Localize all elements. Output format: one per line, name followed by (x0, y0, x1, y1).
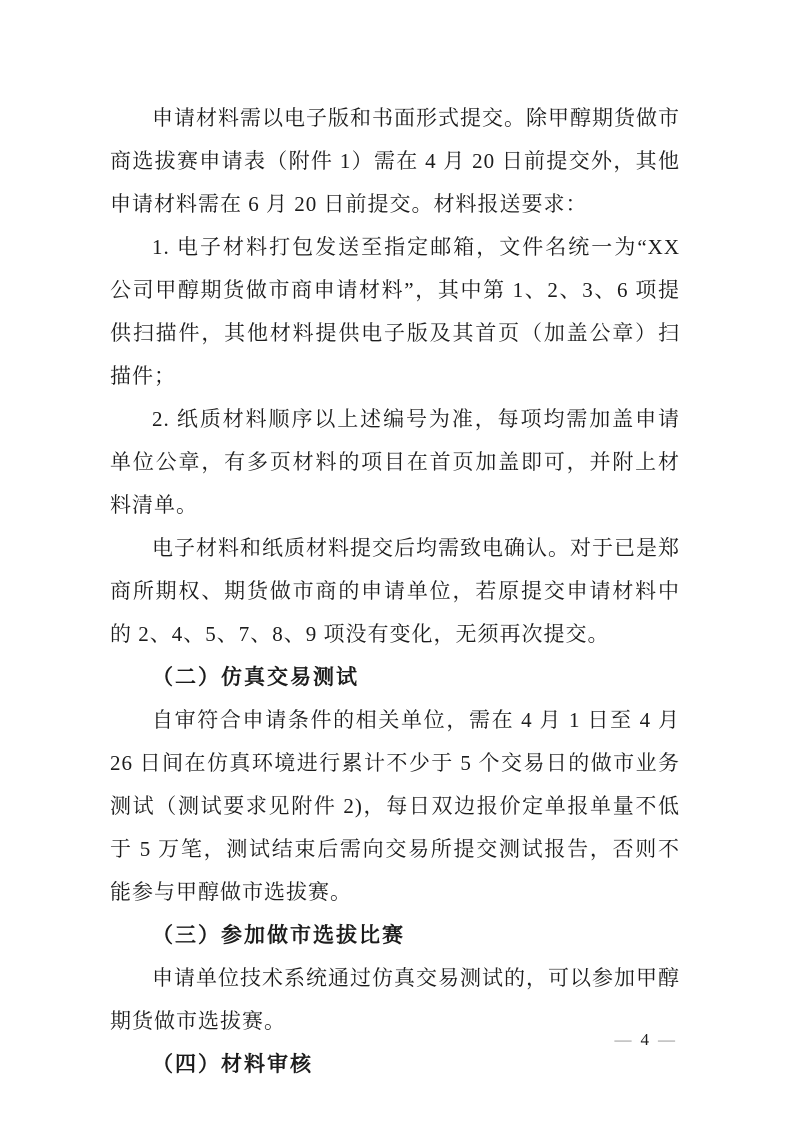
document-page: 申请材料需以电子版和书面形式提交。除甲醇期货做市商选拔赛申请表（附件 1）需在 … (0, 0, 793, 1122)
section-heading: （四）材料审核 (110, 1043, 680, 1086)
page-number-dash-right: — (658, 1030, 675, 1049)
paragraph: 电子材料和纸质材料提交后均需致电确认。对于已是郑商所期权、期货做市商的申请单位，… (110, 527, 680, 656)
section-heading: （三）参加做市选拔比赛 (110, 914, 680, 957)
page-number: 4 (641, 1030, 650, 1049)
document-body: 申请材料需以电子版和书面形式提交。除甲醇期货做市商选拔赛申请表（附件 1）需在 … (110, 97, 680, 1086)
paragraph: 申请单位技术系统通过仿真交易测试的，可以参加甲醇期货做市选拔赛。 (110, 957, 680, 1043)
section-heading: （二）仿真交易测试 (110, 656, 680, 699)
paragraph: 申请材料需以电子版和书面形式提交。除甲醇期货做市商选拔赛申请表（附件 1）需在 … (110, 97, 680, 226)
page-footer: —4— (615, 1028, 676, 1052)
paragraph: 1. 电子材料打包发送至指定邮箱，文件名统一为“XX 公司甲醇期货做市商申请材料… (110, 226, 680, 398)
paragraph: 2. 纸质材料顺序以上述编号为准，每项均需加盖申请单位公章，有多页材料的项目在首… (110, 398, 680, 527)
page-number-dash-left: — (615, 1030, 632, 1049)
paragraph: 自审符合申请条件的相关单位，需在 4 月 1 日至 4 月 26 日间在仿真环境… (110, 699, 680, 914)
